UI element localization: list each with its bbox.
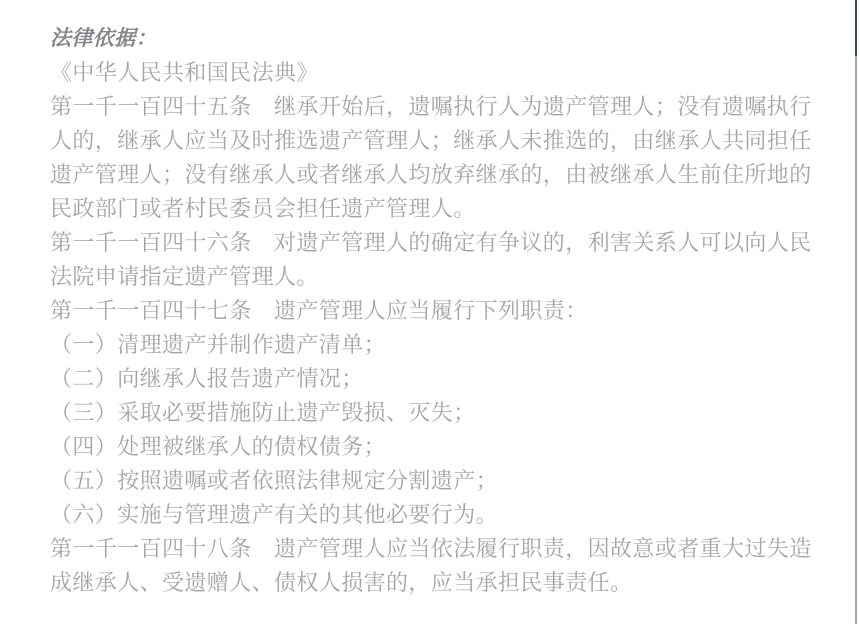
scrollbar-thumb[interactable] [855,0,857,56]
article-1147: 第一千一百四十七条 遗产管理人应当履行下列职责： [50,294,816,328]
duty-item-6: （六）实施与管理遗产有关的其他必要行为。 [50,498,816,532]
article-1146: 第一千一百四十六条 对遗产管理人的确定有争议的，利害关系人可以向人民法院申请指定… [50,226,816,294]
law-source-title: 《中华人民共和国民法典》 [50,56,816,90]
legal-basis-heading: 法律依据： [50,22,816,56]
article-1148: 第一千一百四十八条 遗产管理人应当依法履行职责，因故意或者重大过失造成继承人、受… [50,532,816,600]
duty-item-3: （三）采取必要措施防止遗产毁损、灭失； [50,396,816,430]
legal-text-block: 法律依据： 《中华人民共和国民法典》 第一千一百四十五条 继承开始后，遗嘱执行人… [50,22,816,600]
duty-item-2: （二）向继承人报告遗产情况； [50,362,816,396]
duty-item-1: （一）清理遗产并制作遗产清单； [50,328,816,362]
duty-item-5: （五）按照遗嘱或者依照法律规定分割遗产； [50,464,816,498]
legal-basis-page: 法律依据： 《中华人民共和国民法典》 第一千一百四十五条 继承开始后，遗嘱执行人… [0,0,860,624]
scrollbar-track[interactable] [855,0,857,624]
duty-item-4: （四）处理被继承人的债权债务； [50,430,816,464]
article-1145: 第一千一百四十五条 继承开始后，遗嘱执行人为遗产管理人；没有遗嘱执行人的，继承人… [50,90,816,226]
